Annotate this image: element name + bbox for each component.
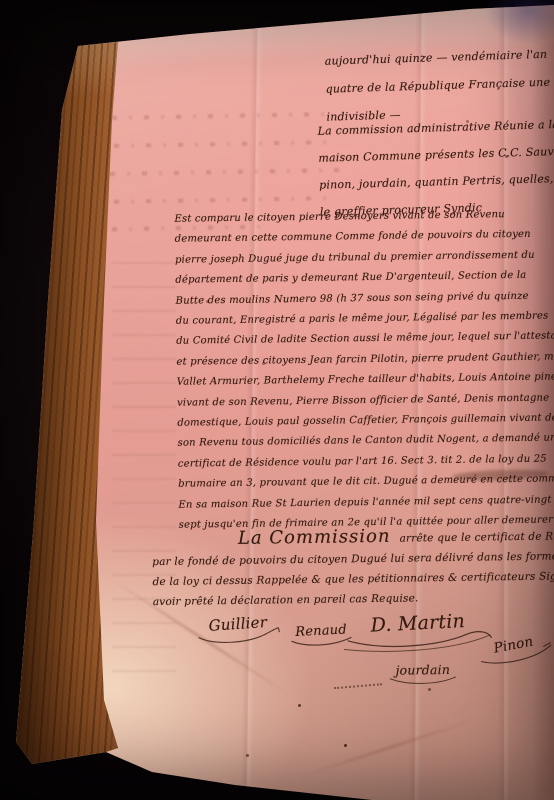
signature-name: jourdain	[388, 662, 458, 678]
signature-martin: D. Martin	[342, 609, 494, 655]
handwritten-text-layer: aujourd'hui quinze — vendémiaire l'an qu…	[0, 0, 554, 800]
closing-first-line: arrête que le certificat de Résidence de…	[399, 529, 554, 545]
closing-paragraph: La Commissionarrête que le certificat de…	[152, 523, 554, 612]
open-register-book: aujourd'hui quinze — vendémiaire l'an qu…	[0, 0, 554, 800]
photograph-frame: aujourd'hui quinze — vendémiaire l'an qu…	[0, 0, 554, 800]
signature-dotted-mark	[334, 683, 382, 689]
signature-jourdain: jourdain	[388, 662, 458, 687]
ink-specks	[0, 0, 3, 3]
signature-guillier: Guillier	[194, 612, 282, 647]
body-paragraph: Est comparu le citoyen pierre Desnoyers …	[174, 204, 554, 536]
closing-lead-calligraphy: La Commission	[238, 526, 391, 549]
